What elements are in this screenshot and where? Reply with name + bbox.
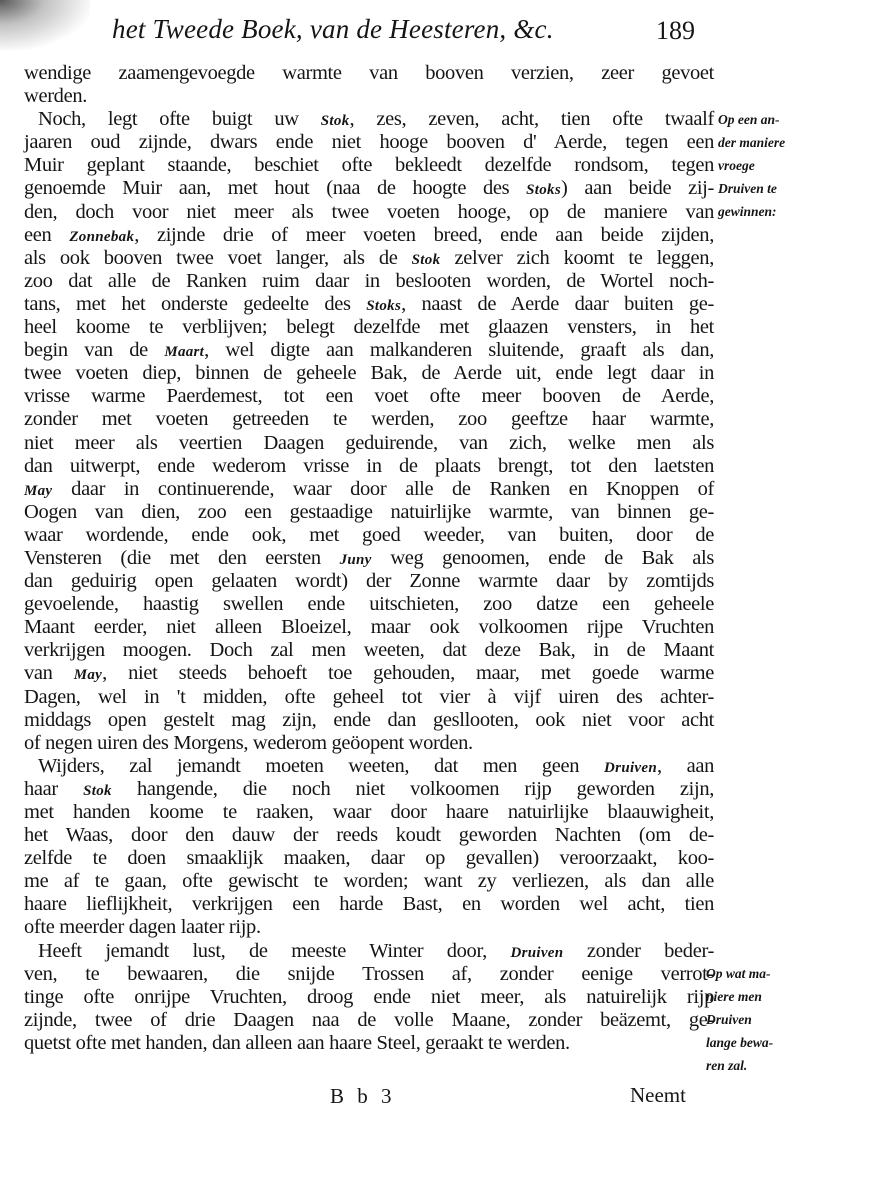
italic-term: Zonnebak [69,229,134,245]
text-line: Dagen, wel in 't midden, ofte geheel tot… [24,686,714,709]
text-line: of negen uiren des Morgens, wederom geöo… [24,732,714,755]
italic-term: May [74,667,102,683]
line-text: wendige zaamengevoegde warmte van booven… [24,62,714,84]
text-line: ofte meerder dagen laater rijp. [24,916,714,939]
text-line: quetst ofte met handen, dan alleen aan h… [24,1032,714,1055]
text-line: niet meer als veertien Daagen geduirende… [24,432,714,455]
text-line: jaaren oud zijnde, dwars ende niet hooge… [24,131,714,154]
running-head: het Tweede Boek, van de Heesteren, &c. 1… [112,14,712,54]
line-text: zelfde te doen smaaklijk maaken, daar op… [24,847,714,869]
line-text: middags open gestelt mag zijn, ende dan … [24,709,714,731]
text-line: dan geduirig open gelaaten wordt) der Zo… [24,570,714,593]
text-line: Vensteren (die met den eersten Juny weg … [24,547,714,570]
line-text: vrisse warme Paerdemest, tot een voet of… [24,385,714,407]
line-text: , zes, zeven, acht, tien ofte twaalf [350,108,714,130]
signature-mark: B b 3 [330,1084,396,1109]
line-text: heel koome te verblijven; belegt dezelfd… [24,316,714,338]
line-text: Noch, legt ofte buigt uw [38,108,321,130]
text-line: dan uitwerpt, ende wederom vrisse in de … [24,455,714,478]
text-line: Muir geplant staande, beschiet ofte bekl… [24,154,714,177]
margin-note-line: Op wat ma- [706,962,773,985]
italic-term: Druiven [510,945,563,961]
line-text: werden. [24,85,87,107]
line-text: gevoelende, haastig swellen ende uitschi… [24,593,714,615]
line-text: den, doch voor niet meer als twee voeten… [24,201,714,223]
text-line: zonder met voeten getreeden te werden, z… [24,408,714,431]
margin-note-line: lange bewa- [706,1031,773,1054]
line-text: , aan [657,755,714,777]
text-line: als ook booven twee voet langer, als de … [24,247,714,270]
text-line: tinge ofte onrijpe Vruchten, droog ende … [24,986,714,1009]
text-line: twee voeten diep, binnen de geheele Bak,… [24,362,714,385]
line-text: me af te gaan, ofte gewischt te worden; … [24,870,714,892]
text-line: Maant eerder, niet alleen Bloeizel, maar… [24,616,714,639]
line-text: Dagen, wel in 't midden, ofte geheel tot… [24,686,714,708]
text-line: Oogen van dien, zoo een gestaadige natui… [24,501,714,524]
text-line: vrisse warme Paerdemest, tot een voet of… [24,385,714,408]
text-line: Heeft jemandt lust, de meeste Winter doo… [24,940,714,963]
line-text: het Waas, door den dauw der reeds koudt … [24,824,714,846]
line-text: van [24,662,74,684]
running-title: het Tweede Boek, van de Heesteren, &c. [112,14,554,45]
margin-note-line: niere men [706,985,773,1008]
line-text: dan geduirig open gelaaten wordt) der Zo… [24,570,714,592]
margin-note-line: vroege [718,154,785,177]
text-line: Noch, legt ofte buigt uw Stok, zes, zeve… [24,108,714,131]
line-text: of negen uiren des Morgens, wederom geöo… [24,732,473,754]
line-text: , wel digte aan malkanderen sluitende, g… [204,339,714,361]
text-line: werden. [24,85,714,108]
line-text: quetst ofte met handen, dan alleen aan h… [24,1032,570,1054]
catchword: Neemt [630,1083,686,1108]
text-line: May daar in continuerende, waar door all… [24,478,714,501]
italic-term: Druiven [604,760,657,776]
text-line: van May, niet steeds behoeft toe gehoude… [24,662,714,685]
line-text: ofte meerder dagen laater rijp. [24,916,261,938]
italic-term: Stok [321,113,350,129]
text-line: haar Stok hangende, die noch niet volkoo… [24,778,714,801]
italic-term: Stok [412,252,441,268]
line-text: Maant eerder, niet alleen Bloeizel, maar… [24,616,714,638]
text-line: gevoelende, haastig swellen ende uitschi… [24,593,714,616]
text-line: den, doch voor niet meer als twee voeten… [24,201,714,224]
line-text: weg genoomen, ende de Bak als [372,547,714,569]
italic-term: Maart [164,344,204,360]
margin-note-early-grapes: Op een an-der manierevroegeDruiven tegew… [718,108,785,223]
line-text: , zijnde drie of meer voeten breed, ende… [134,224,714,246]
text-line: heel koome te verblijven; belegt dezelfd… [24,316,714,339]
line-text: met handen koome te raaken, waar door ha… [24,801,714,823]
text-line: wendige zaamengevoegde warmte van booven… [24,62,714,85]
text-line: zoo dat alle de Ranken ruim daar in besl… [24,270,714,293]
italic-term: Stoks [366,298,401,314]
text-line: zelfde te doen smaaklijk maaken, daar op… [24,847,714,870]
line-text: twee voeten diep, binnen de geheele Bak,… [24,362,714,384]
text-line: middags open gestelt mag zijn, ende dan … [24,709,714,732]
margin-note-line: Druiven [706,1008,773,1031]
line-text: , niet steeds behoeft toe gehouden, maar… [102,662,714,684]
text-line: me af te gaan, ofte gewischt te worden; … [24,870,714,893]
line-text: zonder beder- [563,940,714,962]
margin-note-line: ren zal. [706,1054,773,1077]
italic-term: Stok [83,783,112,799]
line-text: waar wordende, ende ook, met goed weeder… [24,524,714,546]
text-line: zijnde, twee of drie Daagen naa de volle… [24,1009,714,1032]
line-text: Vensteren (die met den eersten [24,547,340,569]
text-line: genoemde Muir aan, met hout (naa de hoog… [24,177,714,200]
line-text: Muir geplant staande, beschiet ofte bekl… [24,154,714,176]
line-text: tans, met het onderste gedeelte des [24,293,366,315]
body-text: wendige zaamengevoegde warmte van booven… [24,62,714,1055]
margin-note-line: Op een an- [718,108,785,131]
line-text: een [24,224,69,246]
line-text: jaaren oud zijnde, dwars ende niet hooge… [24,131,714,153]
text-line: waar wordende, ende ook, met goed weeder… [24,524,714,547]
line-text: zoo dat alle de Ranken ruim daar in besl… [24,270,714,292]
line-text: zonder met voeten getreeden te werden, z… [24,408,714,430]
text-line: haare lieflijkheit, verkrijgen een harde… [24,893,714,916]
text-line: met handen koome te raaken, waar door ha… [24,801,714,824]
line-text: niet meer als veertien Daagen geduirende… [24,432,714,454]
line-text: Wijders, zal jemandt moeten weeten, dat … [38,755,604,777]
line-text: haar [24,778,83,800]
text-line: verkrijgen moogen. Doch zal men weeten, … [24,639,714,662]
line-text: begin van de [24,339,164,361]
line-text: Heeft jemandt lust, de meeste Winter doo… [38,940,510,962]
line-text: daar in continuerende, waar door alle de… [52,478,714,500]
italic-term: Stoks [526,182,561,198]
line-text: dan uitwerpt, ende wederom vrisse in de … [24,455,714,477]
line-text: zijnde, twee of drie Daagen naa de volle… [24,1009,714,1031]
text-line: ven, te bewaaren, die snijde Trossen af,… [24,963,714,986]
margin-note-line: der maniere [718,131,785,154]
italic-term: May [24,483,52,499]
line-text: verkrijgen moogen. Doch zal men weeten, … [24,639,714,661]
line-text: Oogen van dien, zoo een gestaadige natui… [24,501,714,523]
text-line: begin van de Maart, wel digte aan malkan… [24,339,714,362]
line-text: , naast de Aerde daar buiten ge- [401,293,714,315]
margin-note-line: gewinnen: [718,200,785,223]
text-line: een Zonnebak, zijnde drie of meer voeten… [24,224,714,247]
line-text: als ook booven twee voet langer, als de [24,247,412,269]
line-text: haare lieflijkheit, verkrijgen een harde… [24,893,714,915]
line-text: ) aan beide zij- [561,177,714,199]
margin-note-grape-storage: Op wat ma-niere menDruivenlange bewa-ren… [706,962,773,1077]
text-line: het Waas, door den dauw der reeds koudt … [24,824,714,847]
text-line: tans, met het onderste gedeelte des Stok… [24,293,714,316]
line-text: hangende, die noch niet volkoomen rijp g… [112,778,714,800]
page-number: 189 [656,16,695,46]
margin-note-line: Druiven te [718,177,785,200]
text-line: Wijders, zal jemandt moeten weeten, dat … [24,755,714,778]
line-text: ven, te bewaaren, die snijde Trossen af,… [24,963,714,985]
line-text: genoemde Muir aan, met hout (naa de hoog… [24,177,526,199]
italic-term: Juny [340,552,372,568]
line-text: tinge ofte onrijpe Vruchten, droog ende … [24,986,714,1008]
scan-shadow [0,0,90,50]
line-text: zelver zich koomt te leggen, [440,247,714,269]
